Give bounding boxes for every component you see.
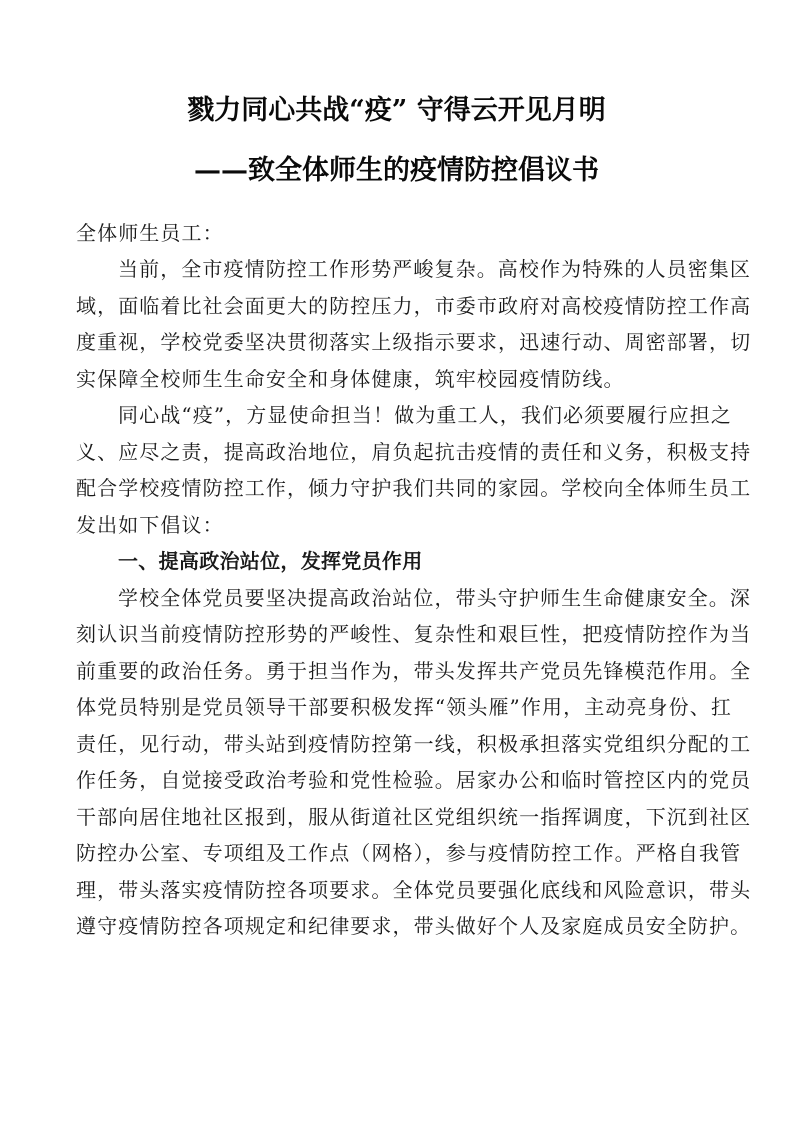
text-line: 体党员特别是党员领导干部要积极发挥“领头雁”作用，主动亮身份、扛 bbox=[76, 689, 732, 726]
text-line: 防控办公室、专项组及工作点（网格），参与疫情防控工作。严格自我管 bbox=[76, 835, 732, 872]
text-line: 实保障全校师生生命安全和身体健康，筑牢校园疫情防线。 bbox=[76, 361, 732, 398]
text-line: 前重要的政治任务。勇于担当作为，带头发挥共产党员先锋模范作用。全 bbox=[76, 653, 732, 690]
text-line: 责任，见行动，带头站到疫情防控第一线，积极承担落实党组织分配的工 bbox=[76, 726, 732, 763]
text-line: 义、应尽之责，提高政治地位，肩负起抗击疫情的责任和义务，积极支持 bbox=[76, 434, 732, 471]
text-line: 作任务，自觉接受政治考验和党性检验。居家办公和临时管控区内的党员 bbox=[76, 762, 732, 799]
salutation: 全体师生员工： bbox=[76, 215, 732, 252]
document-page: 戮力同心共战“疫” 守得云开见月明 ——致全体师生的疫情防控倡议书 全体师生员工… bbox=[0, 0, 793, 1122]
document-subtitle: ——致全体师生的疫情防控倡议书 bbox=[0, 148, 793, 187]
text-line: 刻认识当前疫情防控形势的严峻性、复杂性和艰巨性，把疫情防控作为当 bbox=[76, 616, 732, 653]
text-line: 理，带头落实疫情防控各项要求。全体党员要强化底线和风险意识，带头 bbox=[76, 872, 732, 909]
document-title: 戮力同心共战“疫” 守得云开见月明 bbox=[0, 88, 793, 127]
section-heading: 一、提高政治站位，发挥党员作用 bbox=[76, 543, 732, 580]
text-line: 学校全体党员要坚决提高政治站位，带头守护师生生命健康安全。深 bbox=[76, 580, 732, 617]
text-line: 当前，全市疫情防控工作形势严峻复杂。高校作为特殊的人员密集区 bbox=[76, 251, 732, 288]
text-line: 域，面临着比社会面更大的防控压力，市委市政府对高校疫情防控工作高 bbox=[76, 288, 732, 325]
paragraph-party-members: 学校全体党员要坚决提高政治站位，带头守护师生生命健康安全。深 刻认识当前疫情防控… bbox=[76, 580, 732, 945]
section-heading-text: 一、提高政治站位，发挥党员作用 bbox=[76, 543, 732, 580]
paragraph-intro: 当前，全市疫情防控工作形势严峻复杂。高校作为特殊的人员密集区 域，面临着比社会面… bbox=[76, 251, 732, 397]
text-line: 配合学校疫情防控工作，倾力守护我们共同的家园。学校向全体师生员工 bbox=[76, 470, 732, 507]
text-line: 遵守疫情防控各项规定和纪律要求，带头做好个人及家庭成员安全防护。 bbox=[76, 908, 732, 945]
text-line: 同心战“疫”，方显使命担当！做为重工人，我们必须要履行应担之 bbox=[76, 397, 732, 434]
text-line: 度重视，学校党委坚决贯彻落实上级指示要求，迅速行动、周密部署，切 bbox=[76, 324, 732, 361]
document-body: 当前，全市疫情防控工作形势严峻复杂。高校作为特殊的人员密集区 域，面临着比社会面… bbox=[76, 251, 732, 945]
text-line: 干部向居住地社区报到，服从街道社区党组织统一指挥调度，下沉到社区 bbox=[76, 799, 732, 836]
paragraph-appeal: 同心战“疫”，方显使命担当！做为重工人，我们必须要履行应担之 义、应尽之责，提高… bbox=[76, 397, 732, 543]
text-line: 发出如下倡议： bbox=[76, 507, 732, 544]
